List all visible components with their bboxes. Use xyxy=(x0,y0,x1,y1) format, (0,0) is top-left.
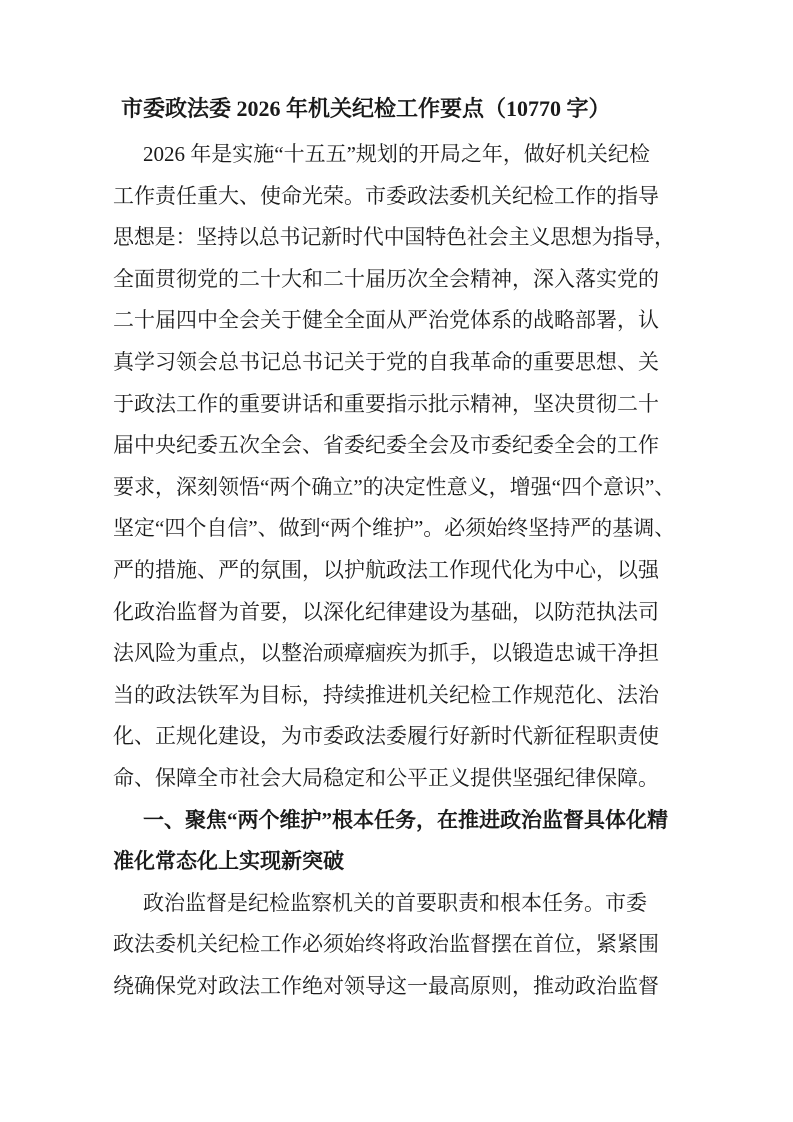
paragraph-line: 二十届四中全会关于健全全面从严治党体系的战略部署，认 xyxy=(113,300,675,342)
document-title: 市委政法委 2026 年机关纪检工作要点（10770 字） xyxy=(113,86,675,132)
paragraph-line: 全面贯彻党的二十大和二十届历次全会精神，深入落实党的 xyxy=(113,259,675,301)
document-page: 市委政法委 2026 年机关纪检工作要点（10770 字） 2026 年是实施“… xyxy=(0,0,793,1122)
paragraph-line: 化、正规化建设，为市委政法委履行好新时代新征程职责使 xyxy=(113,716,675,758)
paragraph-line: 工作责任重大、使命光荣。市委政法委机关纪检工作的指导 xyxy=(113,176,675,218)
paragraph-line: 命、保障全市社会大局稳定和公平正义提供坚强纪律保障。 xyxy=(113,758,675,800)
paragraph-line: 要求，深刻领悟“两个确立”的决定性意义，增强“四个意识”、 xyxy=(113,467,675,509)
paragraph-line: 严的措施、严的氛围，以护航政法工作现代化为中心，以强 xyxy=(113,550,675,592)
paragraph-line: 化政治监督为首要，以深化纪律建设为基础，以防范执法司 xyxy=(113,592,675,634)
paragraph-line: 2026 年是实施“十五五”规划的开局之年，做好机关纪检 xyxy=(113,134,675,176)
paragraph-line: 于政法工作的重要讲话和重要指示批示精神，坚决贯彻二十 xyxy=(113,384,675,426)
paragraph-line: 当的政法铁军为目标，持续推进机关纪检工作规范化、法治 xyxy=(113,675,675,717)
paragraph-line: 政治监督是纪检监察机关的首要职责和根本任务。市委 xyxy=(113,883,675,925)
paragraph-line: 届中央纪委五次全会、省委纪委全会及市委纪委全会的工作 xyxy=(113,425,675,467)
paragraph-line: 政法委机关纪检工作必须始终将政治监督摆在首位，紧紧围 xyxy=(113,924,675,966)
heading-line: 一、聚焦“两个维护”根本任务，在推进政治监督具体化精 xyxy=(113,800,675,842)
paragraph-line: 真学习领会总书记总书记关于党的自我革命的重要思想、关 xyxy=(113,342,675,384)
paragraph-line: 坚定“四个自信”、做到“两个维护”。必须始终坚持严的基调、 xyxy=(113,508,675,550)
paragraph-line: 绕确保党对政法工作绝对领导这一最高原则，推动政治监督 xyxy=(113,966,675,1008)
paragraph-line: 思想是：坚持以总书记新时代中国特色社会主义思想为指导， xyxy=(113,217,675,259)
heading-line: 准化常态化上实现新突破 xyxy=(113,841,675,883)
paragraph-line: 法风险为重点，以整治顽瘴痼疾为抓手，以锻造忠诚干净担 xyxy=(113,633,675,675)
document-body: 2026 年是实施“十五五”规划的开局之年，做好机关纪检工作责任重大、使命光荣。… xyxy=(113,134,675,1007)
